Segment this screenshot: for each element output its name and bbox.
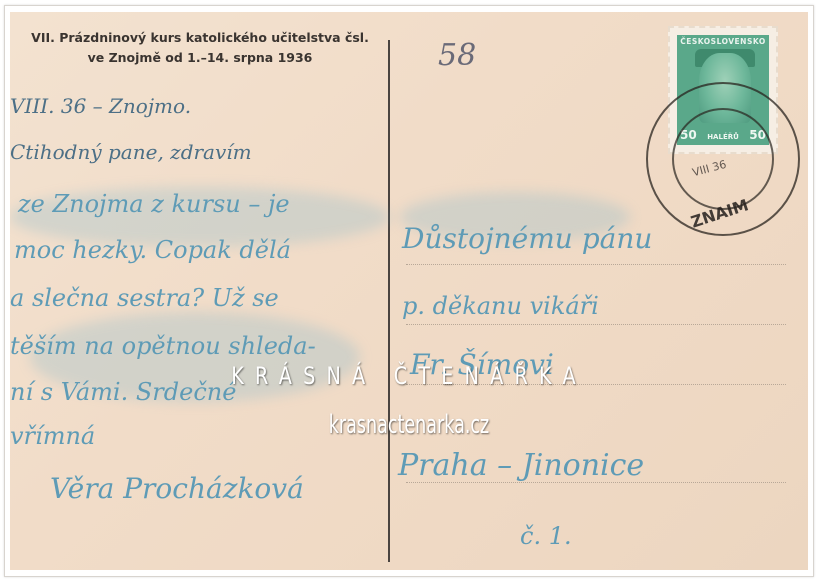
- address-line: [406, 324, 786, 326]
- message-line: Ctihodný pane, zdravím: [10, 140, 252, 164]
- address-line-text: Důstojnému pánu: [402, 222, 652, 255]
- printed-header: VII. Prázdninový kurs katolického učitel…: [10, 28, 390, 68]
- message-line: vřímná: [10, 422, 95, 450]
- message-line: moc hezky. Copak dělá: [14, 236, 291, 264]
- center-divider: [388, 40, 390, 562]
- address-line-text: p. děkanu vikáři: [402, 292, 599, 320]
- printed-header-line-1: VII. Prázdninový kurs katolického učitel…: [10, 28, 390, 48]
- postcard: VII. Prázdninový kurs katolického učitel…: [10, 12, 808, 570]
- message-line: ze Znojma z kursu – je: [18, 190, 290, 218]
- address-line-text: Praha – Jinonice: [398, 448, 644, 483]
- message-line: a slečna sestra? Už se: [10, 284, 279, 312]
- printed-header-line-2: ve Znojmě od 1.–14. srpna 1936: [10, 48, 390, 68]
- message-line: VIII. 36 – Znojmo.: [10, 94, 191, 118]
- watermark-url: krasnactenarka.cz: [102, 410, 716, 440]
- watermark-title: KRÁSNÁ ČTENÁŘKA: [82, 362, 736, 390]
- pencil-number: 58: [438, 38, 476, 73]
- message-line: těším na opětnou shleda-: [10, 332, 316, 360]
- stamp-country: ČESKOSLOVENSKO: [677, 37, 769, 46]
- signature: Věra Procházková: [50, 472, 304, 505]
- address-line: [406, 264, 786, 266]
- address-line-text: č. 1.: [520, 522, 572, 550]
